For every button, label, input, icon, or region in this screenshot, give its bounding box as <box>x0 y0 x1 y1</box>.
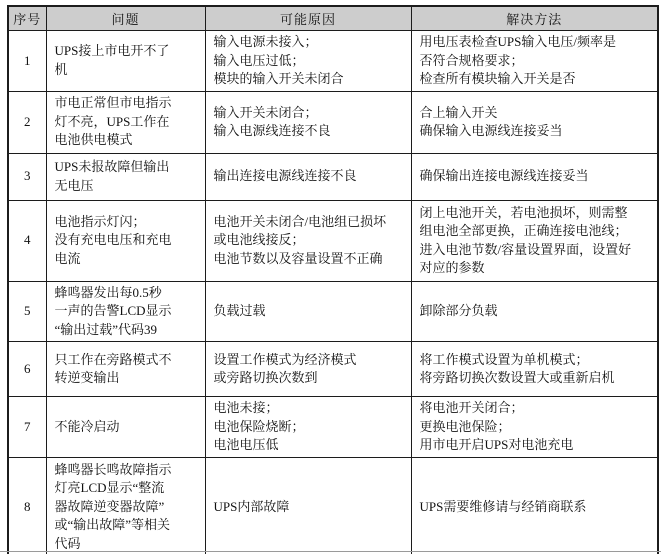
cause-cell: 电池开关未闭合/电池组已损坏 或电池线接反； 电池节数以及容量设置不正确 <box>205 200 411 281</box>
cause-cell: 设置工作模式为经济模式 或旁路切换次数到 <box>205 342 411 397</box>
header-cause: 可能原因 <box>205 6 411 31</box>
table-row: 4 电池指示灯闪； 没有充电电压和充电 电流 电池开关未闭合/电池组已损坏 或电… <box>8 200 658 281</box>
header-seq: 序号 <box>8 6 46 31</box>
solution-cell: 将工作模式设置为单机模式； 将旁路切换次数设置大或重新启机 <box>411 342 658 397</box>
solution-cell: UPS需要维修请与经销商联系 <box>411 457 658 554</box>
row-number-cell: 1 <box>8 31 46 92</box>
table-row: 8 蜂鸣器长鸣故障指示 灯亮LCD显示“整流 器故障逆变器故障” 或“输出故障”… <box>8 457 658 554</box>
cause-cell: 输出连接电源线连接不良 <box>205 153 411 200</box>
problem-cell: 蜂鸣器长鸣故障指示 灯亮LCD显示“整流 器故障逆变器故障” 或“输出故障”等相… <box>46 457 205 554</box>
table-row: 7 不能冷启动 电池未接； 电池保险烧断； 电池电压低 将电池开关闭合； 更换电… <box>8 397 658 458</box>
row-number-cell: 4 <box>8 200 46 281</box>
solution-cell: 合上输入开关 确保输入电源线连接妥当 <box>411 91 658 153</box>
table-row: 2 市电正常但市电指示 灯不亮，UPS工作在 电池供电模式 输入开关未闭合； 输… <box>8 91 658 153</box>
problem-cell: 只工作在旁路模式不 转逆变输出 <box>46 342 205 397</box>
cause-cell: 负载过载 <box>205 281 411 342</box>
solution-cell: 闭上电池开关，若电池损坏，则需整 组电池全部更换，正确连接电池线； 进入电池节数… <box>411 200 658 281</box>
cause-cell: UPS内部故障 <box>205 457 411 554</box>
problem-cell: 不能冷启动 <box>46 397 205 458</box>
solution-cell: 卸除部分负载 <box>411 281 658 342</box>
row-number-cell: 2 <box>8 91 46 153</box>
table-row: 5 蜂鸣器发出每0.5秒 一声的告警LCD显示 “输出过载”代码39 负载过载 … <box>8 281 658 342</box>
problem-cell: UPS未报故障但输出 无电压 <box>46 153 205 200</box>
header-problem: 问题 <box>46 6 205 31</box>
cause-cell: 输入开关未闭合； 输入电源线连接不良 <box>205 91 411 153</box>
problem-cell: 市电正常但市电指示 灯不亮，UPS工作在 电池供电模式 <box>46 91 205 153</box>
table-row: 3 UPS未报故障但输出 无电压 输出连接电源线连接不良 确保输出连接电源线连接… <box>8 153 658 200</box>
table-row: 1 UPS接上市电开不了 机 输入电源未接入； 输入电压过低； 模块的输入开关未… <box>8 31 658 92</box>
solution-cell: 用电压表检查UPS输入电压/频率是 否符合规格要求； 检查所有模块输入开关是否 <box>411 31 658 92</box>
row-number-cell: 3 <box>8 153 46 200</box>
problem-cell: 蜂鸣器发出每0.5秒 一声的告警LCD显示 “输出过载”代码39 <box>46 281 205 342</box>
table-header-row: 序号 问题 可能原因 解决方法 <box>8 6 658 31</box>
solution-cell: 将电池开关闭合； 更换电池保险； 用市电开启UPS对电池充电 <box>411 397 658 458</box>
ups-troubleshooting-table: 序号 问题 可能原因 解决方法 1 UPS接上市电开不了 机 输入电源未接入； … <box>7 5 659 554</box>
manual-page: 序号 问题 可能原因 解决方法 1 UPS接上市电开不了 机 输入电源未接入； … <box>0 0 661 554</box>
cause-cell: 电池未接； 电池保险烧断； 电池电压低 <box>205 397 411 458</box>
header-solution: 解决方法 <box>411 6 658 31</box>
problem-cell: UPS接上市电开不了 机 <box>46 31 205 92</box>
table-row: 6 只工作在旁路模式不 转逆变输出 设置工作模式为经济模式 或旁路切换次数到 将… <box>8 342 658 397</box>
problem-cell: 电池指示灯闪； 没有充电电压和充电 电流 <box>46 200 205 281</box>
row-number-cell: 6 <box>8 342 46 397</box>
row-number-cell: 7 <box>8 397 46 458</box>
row-number-cell: 8 <box>8 457 46 554</box>
page-bottom-rule <box>0 551 661 552</box>
solution-cell: 确保输出连接电源线连接妥当 <box>411 153 658 200</box>
row-number-cell: 5 <box>8 281 46 342</box>
cause-cell: 输入电源未接入； 输入电压过低； 模块的输入开关未闭合 <box>205 31 411 92</box>
